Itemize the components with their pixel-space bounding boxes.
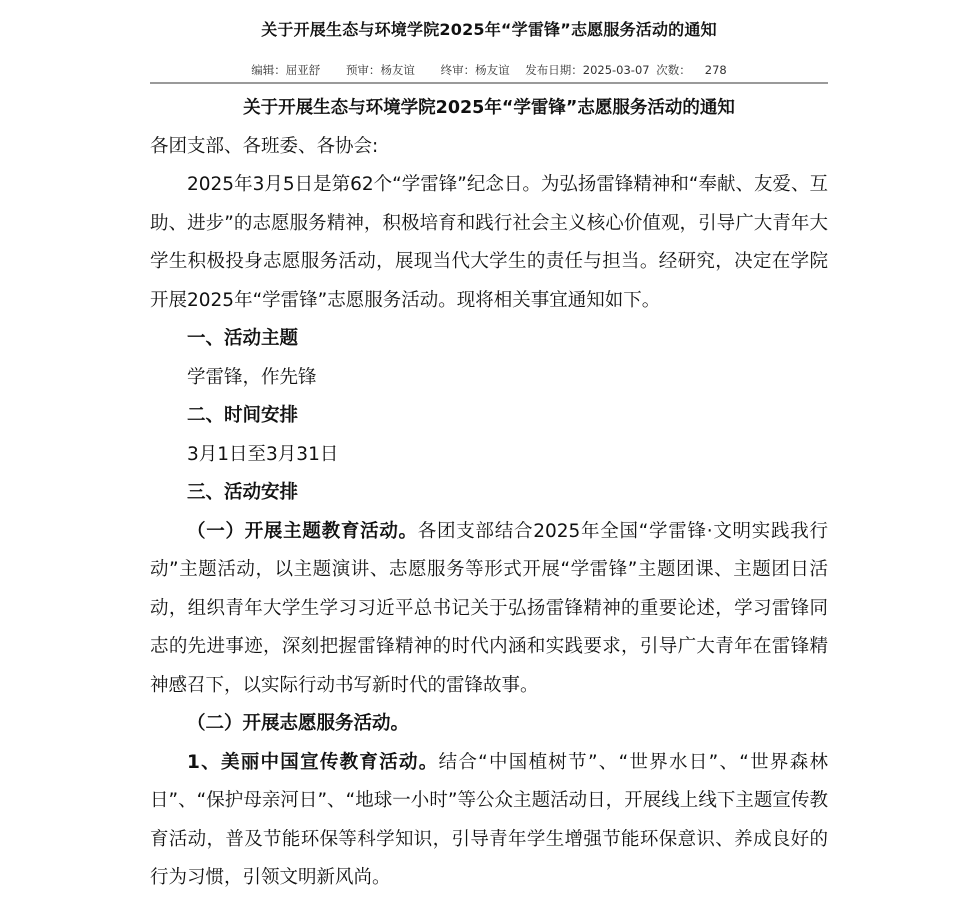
final-reviewer-label: 终审： [441, 62, 476, 78]
subsection-theme-education: （一）开展主题教育活动。各团支部结合2025年全国“学雷锋·文明实践我行动”主题… [150, 513, 828, 706]
publish-date: 2025-03-07 [583, 62, 650, 78]
final-reviewer-name: 杨友谊 [475, 62, 510, 78]
section-heading-arrangement: 三、活动安排 [150, 474, 828, 513]
views-count: 278 [705, 62, 727, 78]
section-heading-schedule: 二、时间安排 [150, 397, 828, 436]
reviewer-name: 杨友谊 [380, 62, 415, 78]
reviewer-label: 预审： [346, 62, 381, 78]
item-lead: 1、美丽中国宣传教育活动。 [187, 752, 439, 773]
section-body-theme: 学雷锋，作先锋 [150, 359, 828, 398]
article-body: 关于开展生态与环境学院2025年“学雷锋”志愿服务活动的通知 各团支部、各班委、… [150, 89, 828, 898]
header-divider [150, 82, 828, 84]
subsection-lead: （一）开展主题教育活动。 [187, 521, 418, 542]
section-heading-theme: 一、活动主题 [150, 320, 828, 359]
editor-label: 编辑： [251, 62, 286, 78]
salutation: 各团支部、各班委、各协会: [150, 128, 828, 167]
article-meta: 编辑：屈亚舒 预审：杨友谊 终审：杨友谊 发布日期：2025-03-07 次数：… [150, 62, 828, 78]
editor-name: 屈亚舒 [286, 62, 321, 78]
subsection-text: 各团支部结合2025年全国“学雷锋·文明实践我行动”主题活动，以主题演讲、志愿服… [150, 521, 828, 696]
views-label: 次数： [656, 62, 691, 78]
publish-date-label: 发布日期： [525, 62, 583, 78]
intro-paragraph: 2025年3月5日是第62个“学雷锋”纪念日。为弘扬雷锋精神和“奉献、友爱、互助… [150, 166, 828, 320]
page-title: 关于开展生态与环境学院2025年“学雷锋”志愿服务活动的通知 [150, 19, 828, 41]
item-beautiful-china: 1、美丽中国宣传教育活动。结合“中国植树节”、“世界水日”、“世界森林日”、“保… [150, 744, 828, 898]
subsection-volunteer-service: （二）开展志愿服务活动。 [150, 705, 828, 744]
article-title: 关于开展生态与环境学院2025年“学雷锋”志愿服务活动的通知 [150, 89, 828, 128]
section-body-schedule: 3月1日至3月31日 [150, 436, 828, 475]
